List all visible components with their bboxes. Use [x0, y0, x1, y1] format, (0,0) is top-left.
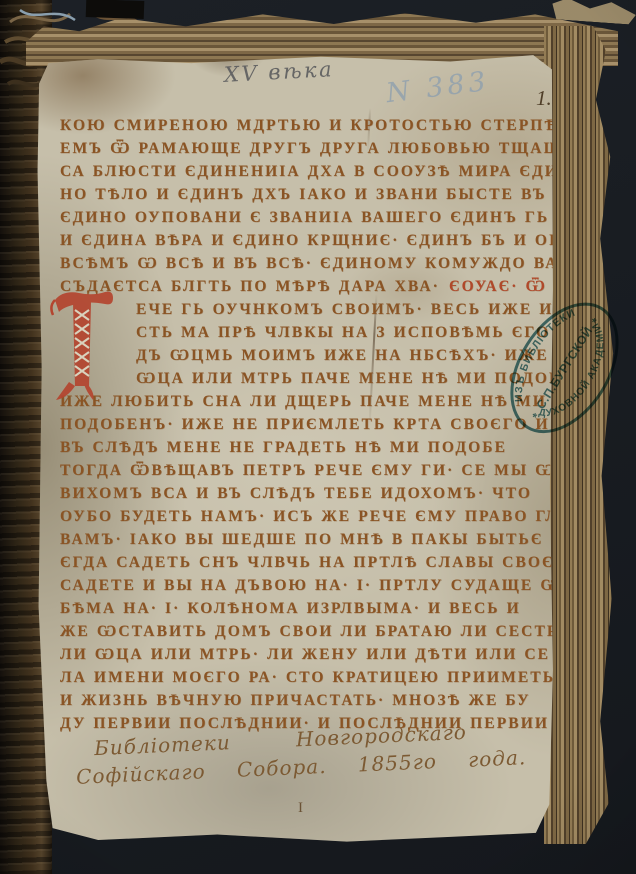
manuscript-line: ли ѡца или мтрь· ли жену или дѣти или се	[60, 643, 554, 666]
manuscript-line: тогда ѿвѣщавъ петръ рече єму ги· се мы ѡ…	[60, 459, 554, 482]
shelfmark-annotation: N 383	[384, 66, 491, 109]
manuscript-photo: XV вѣка N 383 1. кою смиреною мдртью и к…	[0, 0, 636, 874]
manuscript-line: подобенъ· иже не приємлеть крта своєго и	[60, 413, 554, 436]
manuscript-line: емъ ѿ рамающе другъ друга любовью тщаще	[60, 137, 554, 160]
manuscript-line: дъ ѡцмь моимъ иже на нбсѣхъ· иже люби	[60, 344, 554, 367]
manuscript-line: вамъ· іако вы шедше по мнѣ в пакы бытьє	[60, 528, 554, 551]
quire-mark: І	[298, 800, 303, 817]
binding-gap	[86, 0, 145, 19]
decorated-initial-letter	[49, 284, 117, 406]
century-annotation: XV вѣка	[223, 57, 334, 87]
manuscript-line: бѣма на· і· колѣнома изрлвыма· и весь и	[60, 597, 554, 620]
manuscript-line: ла имени моєго ра· сто кратицею прииметь	[60, 666, 554, 689]
manuscript-line: єдино оуповани є званиіа вашего єдинъ гь	[60, 206, 554, 229]
manuscript-line: всѣмъ ѡ всѣ и въ всѣ· єдиному комуждо ва	[60, 252, 554, 275]
parchment-page: XV вѣка N 383 1. кою смиреною мдртью и к…	[36, 52, 554, 844]
manuscript-line: садете и вы на дъвою на· і· пртлу судаще…	[60, 574, 554, 597]
manuscript-line: сть ма прѣ члвкы на з исповѣмь єго прѣ	[60, 321, 554, 344]
manuscript-line: вихомъ вса и въ слѣдъ тебе идохомъ· что	[60, 482, 554, 505]
manuscript-line: ече гь оучнкомъ своимъ· весь иже исповѣ	[60, 298, 554, 321]
manuscript-line: єгда садеть снъ члвчь на пртлѣ славы сво…	[60, 551, 554, 574]
manuscript-line: са блюсти єдинениіа дха в сооузѣ мира єд…	[60, 160, 554, 183]
manuscript-line: но тѣло и єдинъ дхъ іако и звани бысте в…	[60, 183, 554, 206]
manuscript-line: и жизнь вѣчную причастать· мнозѣ же бу	[60, 689, 554, 712]
manuscript-line: ѡца или мтрь паче мене нѣ ми подобенъ·	[60, 367, 554, 390]
manuscript-line: оубо будеть намъ· исъ же рече єму право …	[60, 505, 554, 528]
manuscript-line: кою смиреною мдртью и кротостью стерпѣни	[60, 114, 554, 137]
folio-number: 1.	[536, 86, 552, 111]
manuscript-text-block: кою смиреною мдртью и кротостью стерпѣни…	[60, 114, 554, 735]
manuscript-line: же ѡставить домъ свои ли братаю ли сестр…	[60, 620, 554, 643]
manuscript-line: съдаєтса блгть по мѣрѣ дара хва·єоуає· ѿ…	[60, 275, 554, 298]
manuscript-line: иже любить сна ли дщерь паче мене нѣ ми	[60, 390, 554, 413]
manuscript-line: и єдина вѣра и єдино крщниє· єдинъ бъ и …	[60, 229, 554, 252]
manuscript-line: въ слѣдъ мене не градеть нѣ ми подобе	[60, 436, 554, 459]
